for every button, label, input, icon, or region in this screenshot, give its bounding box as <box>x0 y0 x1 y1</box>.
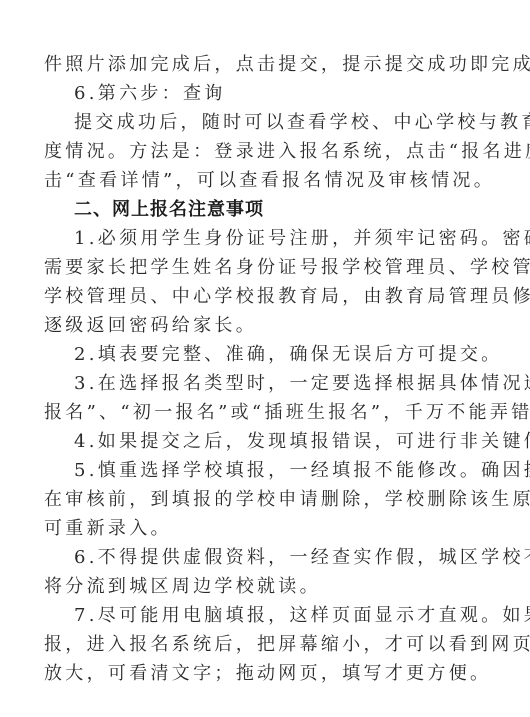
text-line: 可重新录入。 <box>44 514 480 543</box>
text-line: 5.慎重选择学校填报，一经填报不能修改。确因操作失误， <box>44 456 480 485</box>
text-line: 在审核前，到填报的学校申请删除，学校删除该生原报名表后方 <box>44 485 480 514</box>
text-line: 需要家长把学生姓名身份证号报学校管理员、学校管理员报中心 <box>44 253 480 282</box>
text-line: 提交成功后，随时可以查看学校、中心学校与教育局审核进 <box>44 108 480 137</box>
text-line: 7.尽可能用电脑填报，这样页面显示才直观。如果用手机填 <box>44 601 480 630</box>
text-line: 3.在选择报名类型时，一定要选择根据具体情况选择“小一 <box>44 369 480 398</box>
text-line: 6.不得提供虚假资料，一经查实作假，城区学校不得录取， <box>44 543 480 572</box>
text-line: 击“查看详情”，可以查看报名情况及审核情况。 <box>44 166 480 195</box>
step-six-heading: 6.第六步：查询 <box>44 79 480 108</box>
text-line: 放大，可看清文字；拖动网页，填写才更方便。 <box>44 659 480 688</box>
text-line: 1.必须用学生身份证号注册，并须牢记密码。密码遗失后， <box>44 224 480 253</box>
text-line: 将分流到城区周边学校就读。 <box>44 572 480 601</box>
text-line: 件照片添加完成后，点击提交，提示提交成功即完成网上报名。 <box>44 50 480 79</box>
text-line: 逐级返回密码给家长。 <box>44 311 480 340</box>
text-line: 度情况。方法是：登录进入报名系统，点击“报名进度”，再点 <box>44 137 480 166</box>
section-heading: 二、网上报名注意事项 <box>44 195 480 224</box>
text-line: 2.填表要完整、准确，确保无误后方可提交。 <box>44 340 480 369</box>
text-line: 报，进入报名系统后，把屏幕缩小，才可以看到网页全貌；屏幕 <box>44 630 480 659</box>
text-line: 报名”、“初一报名”或“插班生报名”，千万不能弄错入口。 <box>44 398 480 427</box>
text-line: 学校管理员、中心学校报教育局，由教育局管理员修改密码，再 <box>44 282 480 311</box>
document-page: 件照片添加完成后，点击提交，提示提交成功即完成网上报名。 6.第六步：查询 提交… <box>44 50 480 688</box>
text-line: 4.如果提交之后，发现填报错误，可进行非关键信息的修改。 <box>44 427 480 456</box>
